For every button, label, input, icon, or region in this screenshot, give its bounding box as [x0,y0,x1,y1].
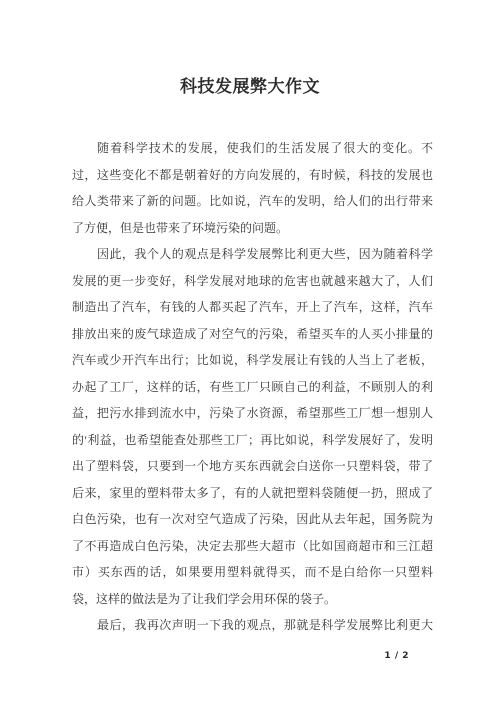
text-line: 白色污染，也有一次对空气造成了污染，因此从去年起，国务院为 [72,506,433,533]
text-line: 袋，这样的做法是为了让我们学会用环保的袋子。 [72,586,433,613]
text-line: 制造出了汽车，有钱的人都买起了汽车，开上了汽车，这样，汽车 [72,294,433,321]
document-page: 科技发展弊大作文 随着科学技术的发展，使我们的生活发展了很大的变化。不过，这些变… [0,0,500,707]
paragraph: 最后，我再次声明一下我的观点，那就是科学发展弊比利更大 [72,612,433,639]
page-number: 1 / 2 [384,651,409,661]
text-line: 给人类带来了新的问题。比如说，汽车的发明，给人们的出行带来 [72,188,433,215]
paragraph: 随着科学技术的发展，使我们的生活发展了很大的变化。不过，这些变化不都是朝着好的方… [72,135,433,241]
text-line: 市）买东西的话，如果要用塑料就得买，而不是白给你一只塑料 [72,559,433,586]
text-line: 的′利益，也希望能查处那些工厂；再比如说，科学发展好了，发明 [72,427,433,454]
document-title: 科技发展弊大作文 [0,72,500,97]
text-line: 出了塑料袋，只要到一个地方买东西就会白送你一只塑料袋，带了 [72,453,433,480]
text-line: 发展的更一步变好，科学发展对地球的危害也就越来越大了，人们 [72,268,433,295]
text-line: 益，把污水排到流水中，污染了水资源，希望那些工厂想一想别人 [72,400,433,427]
text-line: 因此，我个人的观点是科学发展弊比利更大些，因为随着科学 [72,241,433,268]
text-line: 汽车或少开汽车出行；比如说，科学发展让有钱的人当上了老板， [72,347,433,374]
text-line: 最后，我再次声明一下我的观点，那就是科学发展弊比利更大 [72,612,433,639]
text-line: 了方便，但是也带来了环境污染的问题。 [72,215,433,242]
text-line: 过，这些变化不都是朝着好的方向发展的，有时候，科技的发展也 [72,162,433,189]
text-line: 后来，家里的塑料带太多了，有的人就把塑料袋随便一扔，照成了 [72,480,433,507]
text-line: 排放出来的废气球造成了对空气的污染，希望买车的人买小排量的 [72,321,433,348]
text-line: 随着科学技术的发展，使我们的生活发展了很大的变化。不 [72,135,433,162]
text-line: 办起了工厂，这样的话，有些工厂只顾自己的利益，不顾别人的利 [72,374,433,401]
document-body: 随着科学技术的发展，使我们的生活发展了很大的变化。不过，这些变化不都是朝着好的方… [72,135,433,639]
paragraph: 因此，我个人的观点是科学发展弊比利更大些，因为随着科学发展的更一步变好，科学发展… [72,241,433,612]
text-line: 了不再造成白色污染，决定去那些大超市（比如国商超市和三江超 [72,533,433,560]
